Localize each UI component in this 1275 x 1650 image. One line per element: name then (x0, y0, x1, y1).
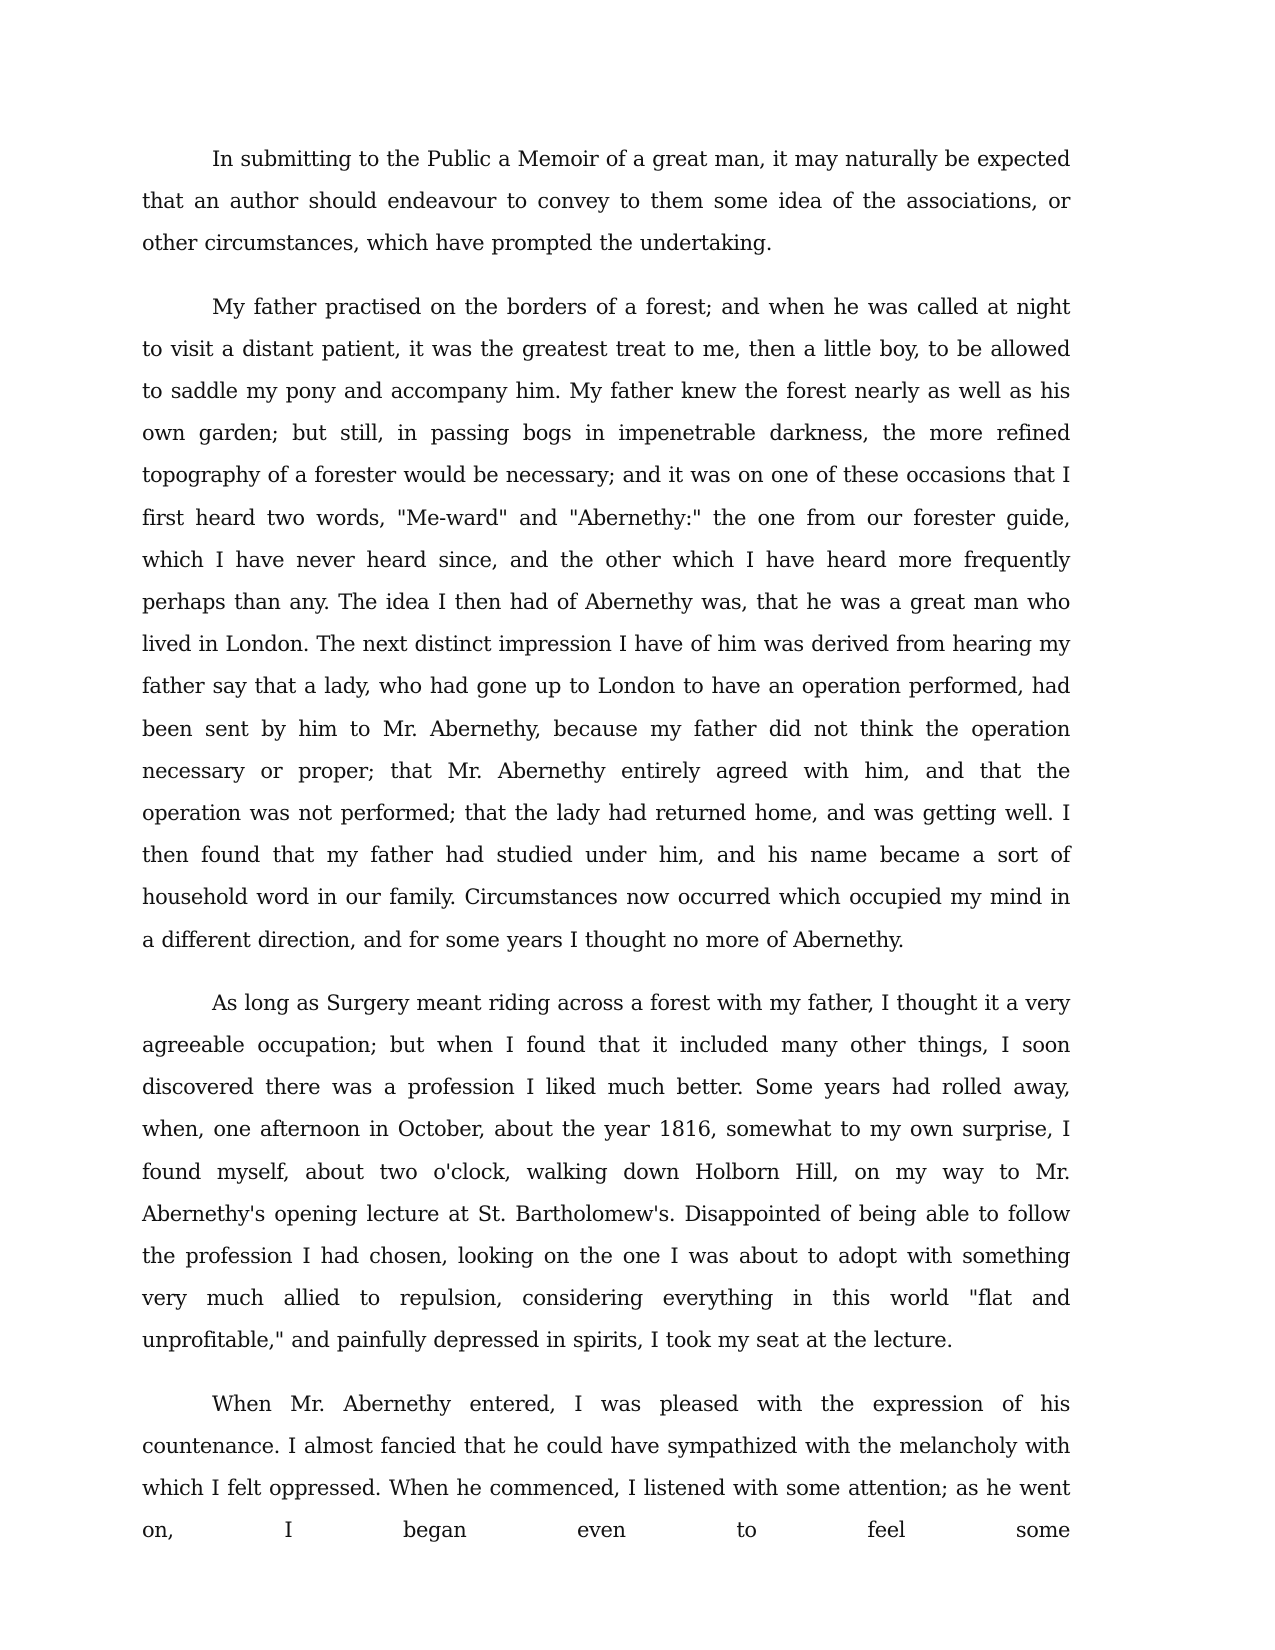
paragraph-4: When Mr. Abernethy entered, I was please… (142, 1383, 1070, 1552)
paragraph-1: In submitting to the Public a Memoir of … (142, 138, 1070, 265)
document-page: In submitting to the Public a Memoir of … (142, 138, 1070, 1573)
paragraph-2: My father practised on the borders of a … (142, 286, 1070, 961)
paragraph-3: As long as Surgery meant riding across a… (142, 982, 1070, 1362)
